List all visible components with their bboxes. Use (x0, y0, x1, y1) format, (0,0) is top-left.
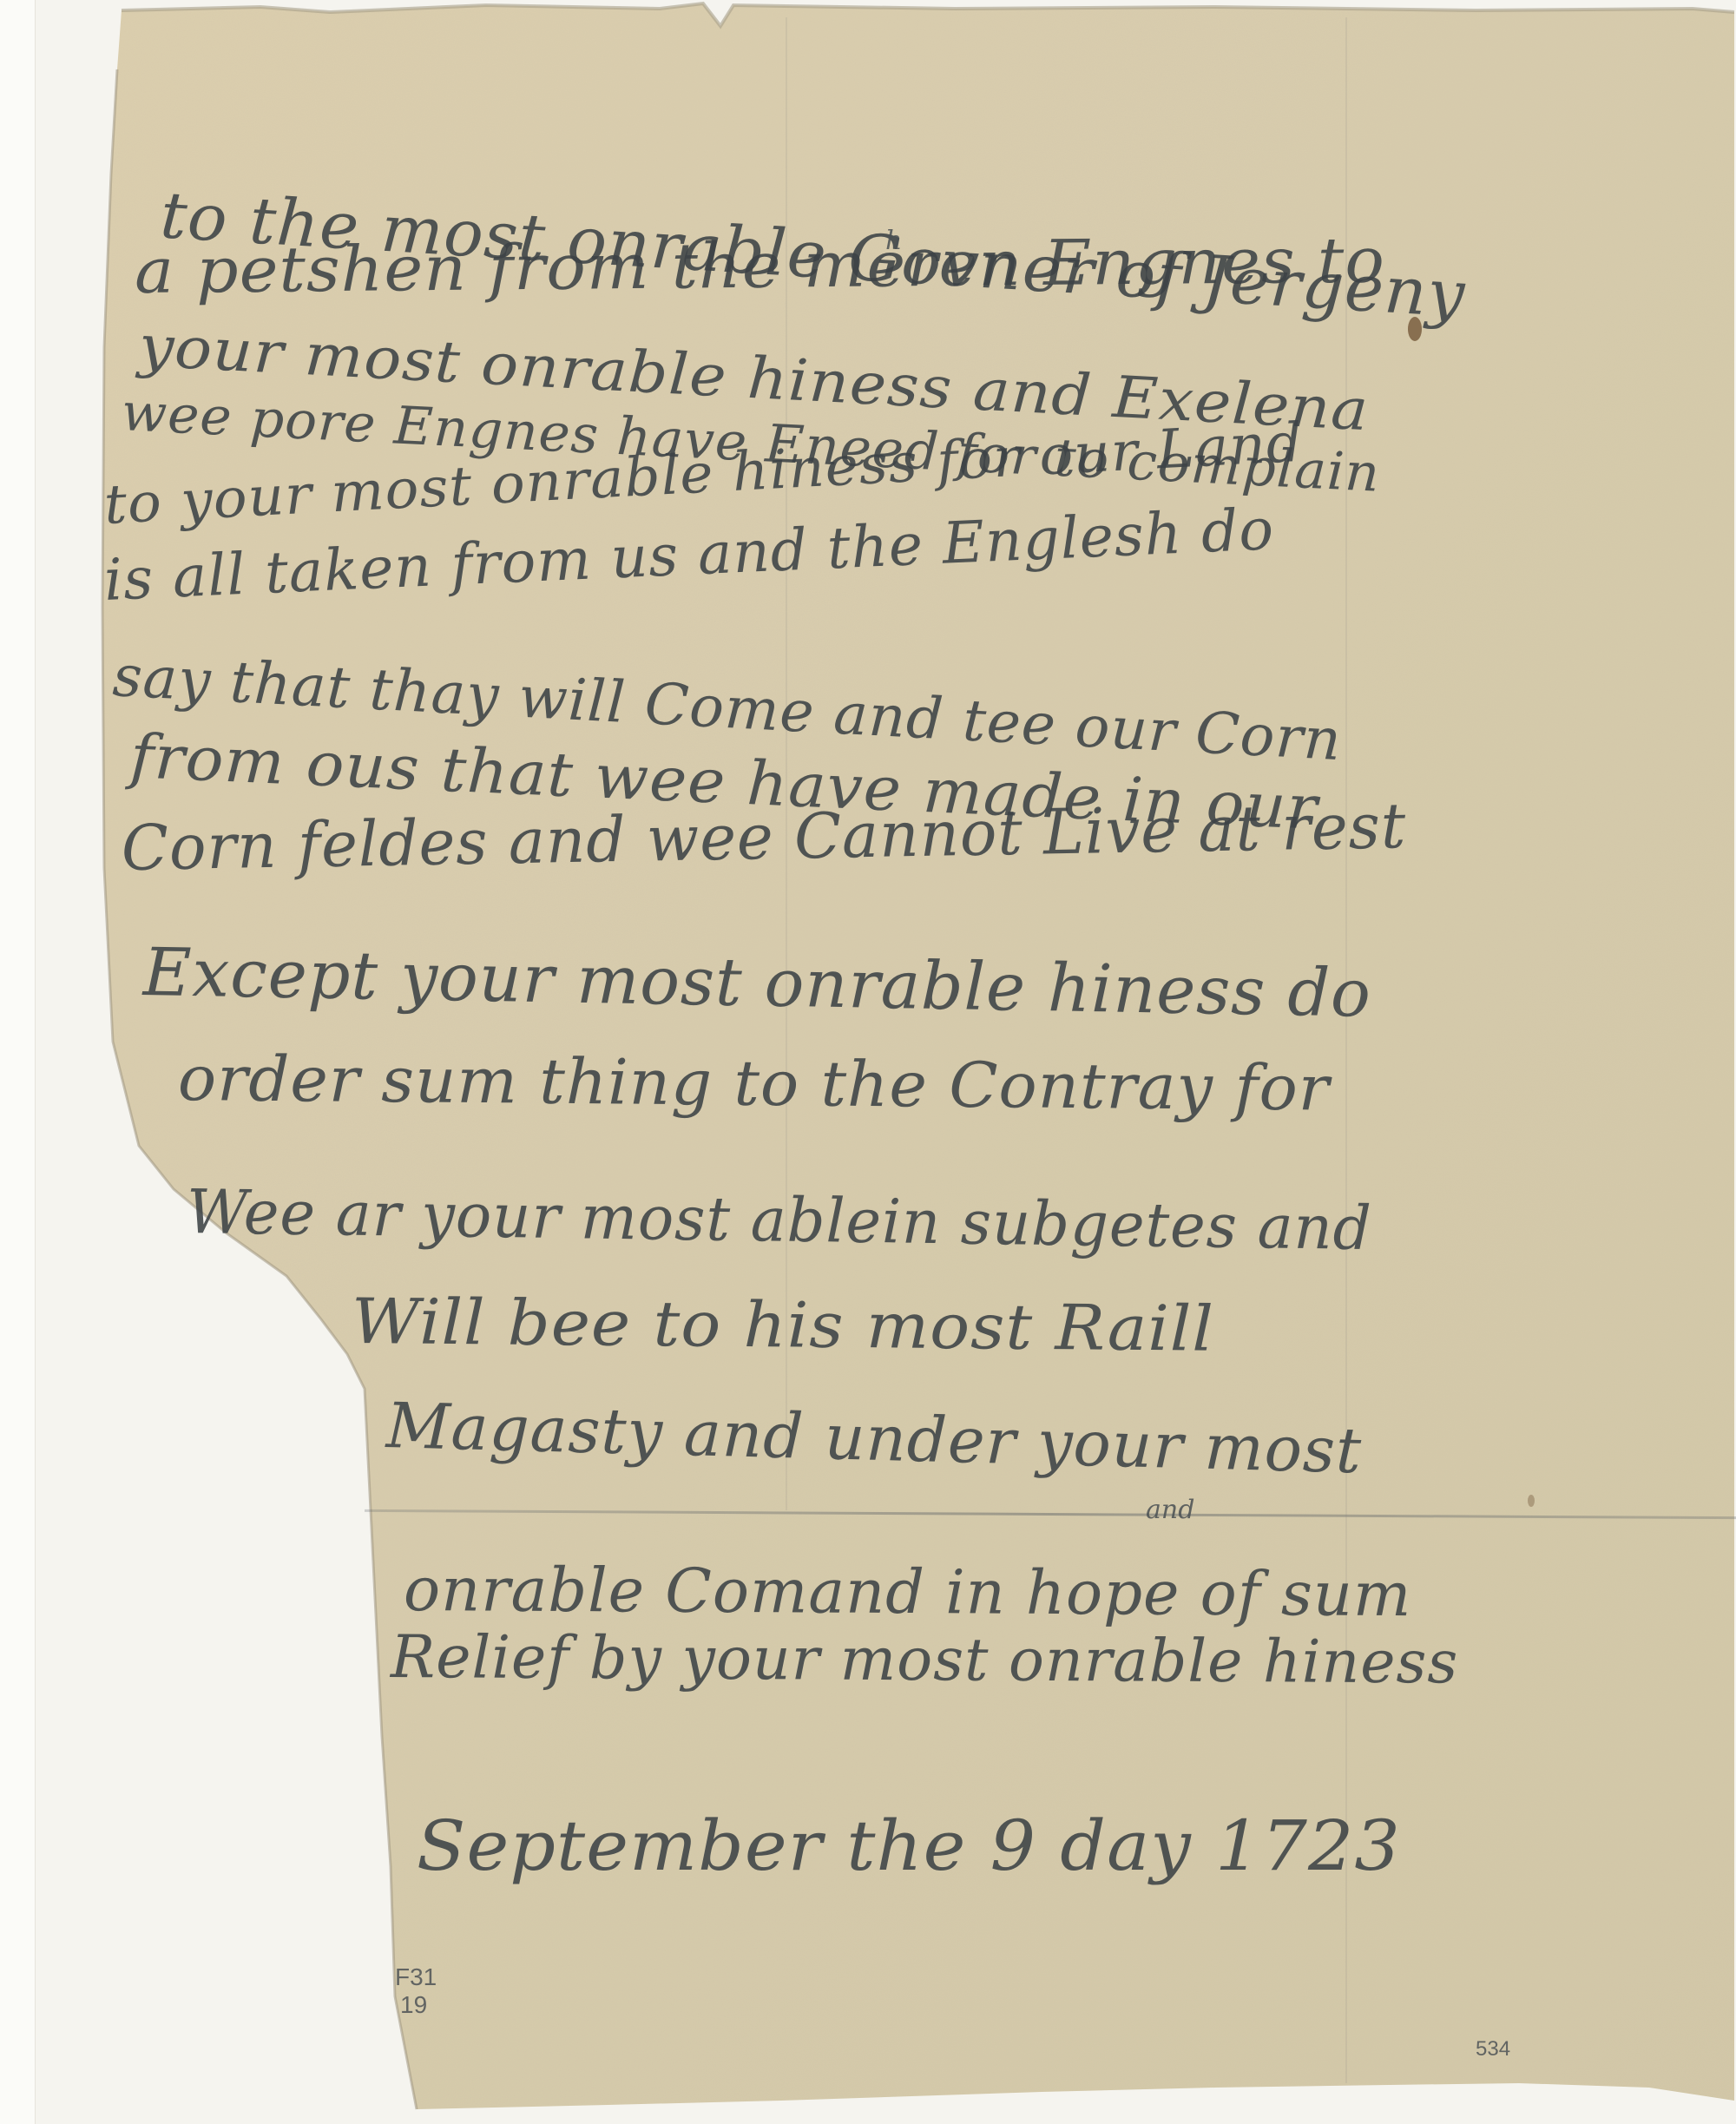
letter-line: Except your most onrable hiness do (142, 933, 1371, 1032)
date-line: September the 9 day 1723 (417, 1805, 1401, 1886)
archival-page-number: 534 (1476, 2035, 1510, 2063)
letter-line: Wee ar your most ablein subgetes and (186, 1176, 1372, 1264)
letter-line: a petshen from the meren Engnes to (135, 223, 1386, 307)
letter-line: onrable Comand in hope of sum (404, 1554, 1412, 1630)
letter-line: Magasty and under your most (385, 1389, 1363, 1487)
letter-line: order sum thing to the Contray for (178, 1042, 1331, 1125)
interlinear-insertion-and: and (1146, 1495, 1194, 1525)
archival-folio-mark: F31 19 (395, 1963, 437, 2019)
letter-line: Relief by your most onrable hiness (391, 1623, 1459, 1697)
folio-number: F31 (395, 1963, 437, 1991)
item-number: 19 (395, 1991, 437, 2019)
letter-line: Corn feldes and wee Cannot Live at rest (121, 789, 1407, 884)
letter-line: Will bee to his most Raill (352, 1285, 1215, 1365)
interlinear-insertion-h: h (885, 226, 902, 256)
letter-body: to the most onrable Govner of Jergeny a … (0, 0, 1736, 2124)
